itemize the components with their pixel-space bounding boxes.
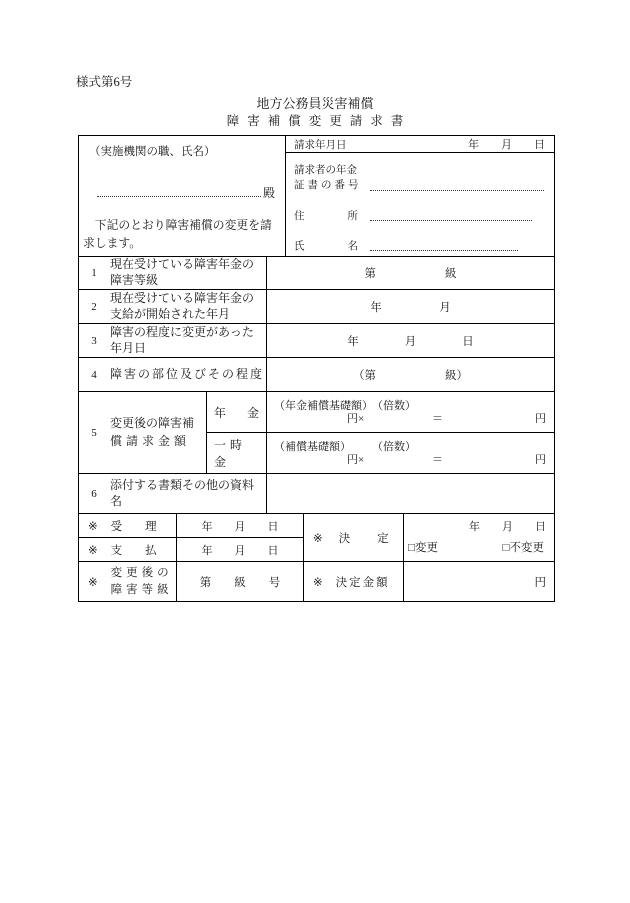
office-use-lower-row: ※ 変更後の 障害等級 第 級 号 ※ 決定金額 円: [79, 561, 554, 601]
claimant-fields: 請求者の年金 証書の番号 住 所 氏: [286, 153, 554, 262]
form-title-main: 地方公務員災害補償: [0, 93, 630, 112]
item-6-label: 添付する書類その他の資料 名: [110, 478, 254, 510]
new-grade-value-field[interactable]: 第 級 号: [176, 562, 303, 601]
pension-cert-label: 請求者の年金 証書の番号: [294, 163, 362, 193]
decision-label: 決 定: [339, 530, 389, 546]
item-1-value-field[interactable]: 第 級: [266, 257, 554, 289]
office-mark: ※: [88, 575, 98, 589]
item-3-label-cell: 3 障害の程度に変更があった 年月日: [79, 324, 266, 357]
lump-sum-amount-field[interactable]: （補償基礎額） （倍数） 円× ＝ 円: [266, 433, 554, 473]
office-dates-column: ※ 受 理 年 月 日 ※ 支 払: [79, 514, 303, 561]
item-3-number: 3: [87, 335, 101, 347]
item-row-6: 6 添付する書類その他の資料 名: [79, 473, 554, 513]
office-mark: ※: [313, 575, 323, 589]
new-grade-label: 変更後の 障害等級: [111, 565, 173, 597]
item-5-label-cell: 5 変更後の障害補 償請求金額: [79, 392, 206, 473]
item-5-number: 5: [87, 427, 101, 439]
lump-sum-multiplier-label: （倍数）: [372, 438, 416, 454]
lump-sum-yen-unit: 円: [535, 451, 546, 467]
item-2-label: 現在受けている障害年金の 支給が開始された年月: [110, 291, 254, 323]
pension-yen-times: 円×: [347, 410, 364, 426]
decision-amount-label: 決定金額: [336, 574, 390, 590]
addressee-section: （実施機関の職、氏名） 殿 下記のとおり障害補償の変更を請 求します。: [79, 136, 285, 256]
request-date-label: 請求年月日: [294, 137, 347, 152]
office-mark: ※: [313, 531, 323, 545]
form-number: 様式第6号: [76, 72, 132, 90]
pension-cert-input-line[interactable]: [370, 189, 545, 191]
paid-label-cell: ※ 支 払: [79, 538, 176, 561]
lump-sum-base-label: （補償基礎額）: [274, 438, 351, 454]
form-page: 様式第6号 地方公務員災害補償 障害補償変更請求書 （実施機関の職、氏名） 殿 …: [0, 0, 630, 903]
item-row-3: 3 障害の程度に変更があった 年月日 年 月 日: [79, 323, 554, 357]
pension-subrow: 年 金 （年金補償基礎額） （倍数） 円× ＝ 円: [206, 392, 554, 432]
form-header-row: （実施機関の職、氏名） 殿 下記のとおり障害補償の変更を請 求します。 請求年月…: [79, 136, 554, 256]
item-5-amounts: 年 金 （年金補償基礎額） （倍数） 円× ＝ 円 一時金: [206, 392, 554, 473]
claimant-section: 請求年月日 年 月 日 請求者の年金 証書の番号 住 所: [285, 136, 554, 256]
item-5-label: 変更後の障害補 償請求金額: [110, 415, 194, 450]
item-row-5: 5 変更後の障害補 償請求金額 年 金 （年金補償基礎額） （倍数） 円×: [79, 391, 554, 473]
accepted-label-cell: ※ 受 理: [79, 514, 176, 537]
addressee-input-line[interactable]: [97, 195, 261, 197]
decision-date-field[interactable]: 年 月 日: [408, 518, 546, 534]
pension-cert-field: 請求者の年金 証書の番号: [294, 157, 546, 193]
pension-type-cell: 年 金: [206, 392, 266, 432]
item-6-value-field[interactable]: [266, 474, 554, 513]
decision-body-cell: 年 月 日 □変更 □不変更: [403, 514, 554, 561]
request-form-table: （実施機関の職、氏名） 殿 下記のとおり障害補償の変更を請 求します。 請求年月…: [78, 135, 555, 602]
decision-amount-field[interactable]: 円: [403, 562, 554, 601]
decision-label-cell: ※ 決 定: [303, 514, 403, 561]
name-input-line[interactable]: [370, 249, 518, 251]
office-mark: ※: [88, 543, 98, 557]
paid-label: 支 払: [111, 542, 157, 558]
accepted-date-field[interactable]: 年 月 日: [176, 514, 303, 537]
accepted-row: ※ 受 理 年 月 日: [79, 514, 303, 537]
item-row-2: 2 現在受けている障害年金の 支給が開始された年月 年 月: [79, 289, 554, 323]
item-1-label: 現在受けている障害年金の 障害等級: [110, 257, 254, 289]
accepted-label: 受 理: [111, 518, 157, 534]
addressee-line: 殿: [97, 187, 275, 199]
office-use-upper-row: ※ 受 理 年 月 日 ※ 支 払: [79, 513, 554, 561]
pension-equals: ＝: [432, 410, 443, 426]
name-label: 氏 名: [294, 238, 358, 253]
item-4-label-cell: 4 障害の部位及びその程度: [79, 358, 266, 391]
item-4-label: 障害の部位及びその程度: [110, 367, 264, 383]
decision-amount-label-cell: ※ 決定金額: [303, 562, 403, 601]
item-row-1: 1 現在受けている障害年金の 障害等級 第 級: [79, 256, 554, 289]
address-label: 住 所: [294, 208, 358, 223]
item-2-number: 2: [87, 301, 101, 313]
item-row-4: 4 障害の部位及びその程度 （第 級）: [79, 357, 554, 391]
name-field: 氏 名: [294, 226, 546, 253]
checkbox-change[interactable]: □変更: [408, 539, 438, 555]
item-2-value-field[interactable]: 年 月: [266, 290, 554, 323]
new-grade-label-cell: ※ 変更後の 障害等級: [79, 562, 176, 601]
decision-amount-unit: 円: [535, 574, 547, 590]
lump-sum-type-cell: 一時金: [206, 433, 266, 473]
paid-date-field[interactable]: 年 月 日: [176, 538, 303, 561]
item-4-number: 4: [87, 369, 101, 381]
lump-sum-equals: ＝: [432, 451, 443, 467]
item-1-label-cell: 1 現在受けている障害年金の 障害等級: [79, 257, 266, 289]
request-date-row: 請求年月日 年 月 日: [286, 136, 554, 153]
request-date-field[interactable]: 年 月 日: [468, 136, 545, 152]
address-field: 住 所: [294, 196, 546, 223]
item-6-label-cell: 6 添付する書類その他の資料 名: [79, 474, 266, 513]
pension-amount-field[interactable]: （年金補償基礎額） （倍数） 円× ＝ 円: [266, 392, 554, 432]
item-6-number: 6: [87, 488, 101, 500]
office-mark: ※: [88, 519, 98, 533]
agency-label: （実施機関の職、氏名）: [89, 143, 277, 159]
lump-sum-subrow: 一時金 （補償基礎額） （倍数） 円× ＝ 円: [206, 432, 554, 473]
item-3-label: 障害の程度に変更があった 年月日: [110, 325, 254, 357]
decision-checkboxes: □変更 □不変更: [408, 539, 546, 555]
checkbox-no-change[interactable]: □不変更: [503, 539, 544, 555]
addressee-honorific: 殿: [263, 187, 275, 199]
paid-row: ※ 支 払 年 月 日: [79, 537, 303, 561]
lump-sum-yen-times: 円×: [347, 451, 364, 467]
item-2-label-cell: 2 現在受けている障害年金の 支給が開始された年月: [79, 290, 266, 323]
address-input-line[interactable]: [370, 219, 532, 221]
request-statement: 下記のとおり障害補償の変更を請 求します。: [83, 216, 277, 253]
pension-multiplier-label: （倍数）: [372, 397, 416, 413]
item-3-value-field[interactable]: 年 月 日: [266, 324, 554, 357]
form-title-sub: 障害補償変更請求書: [4, 111, 630, 129]
item-1-number: 1: [87, 267, 101, 279]
item-4-value-field[interactable]: （第 級）: [266, 358, 554, 391]
pension-yen-unit: 円: [535, 410, 546, 426]
